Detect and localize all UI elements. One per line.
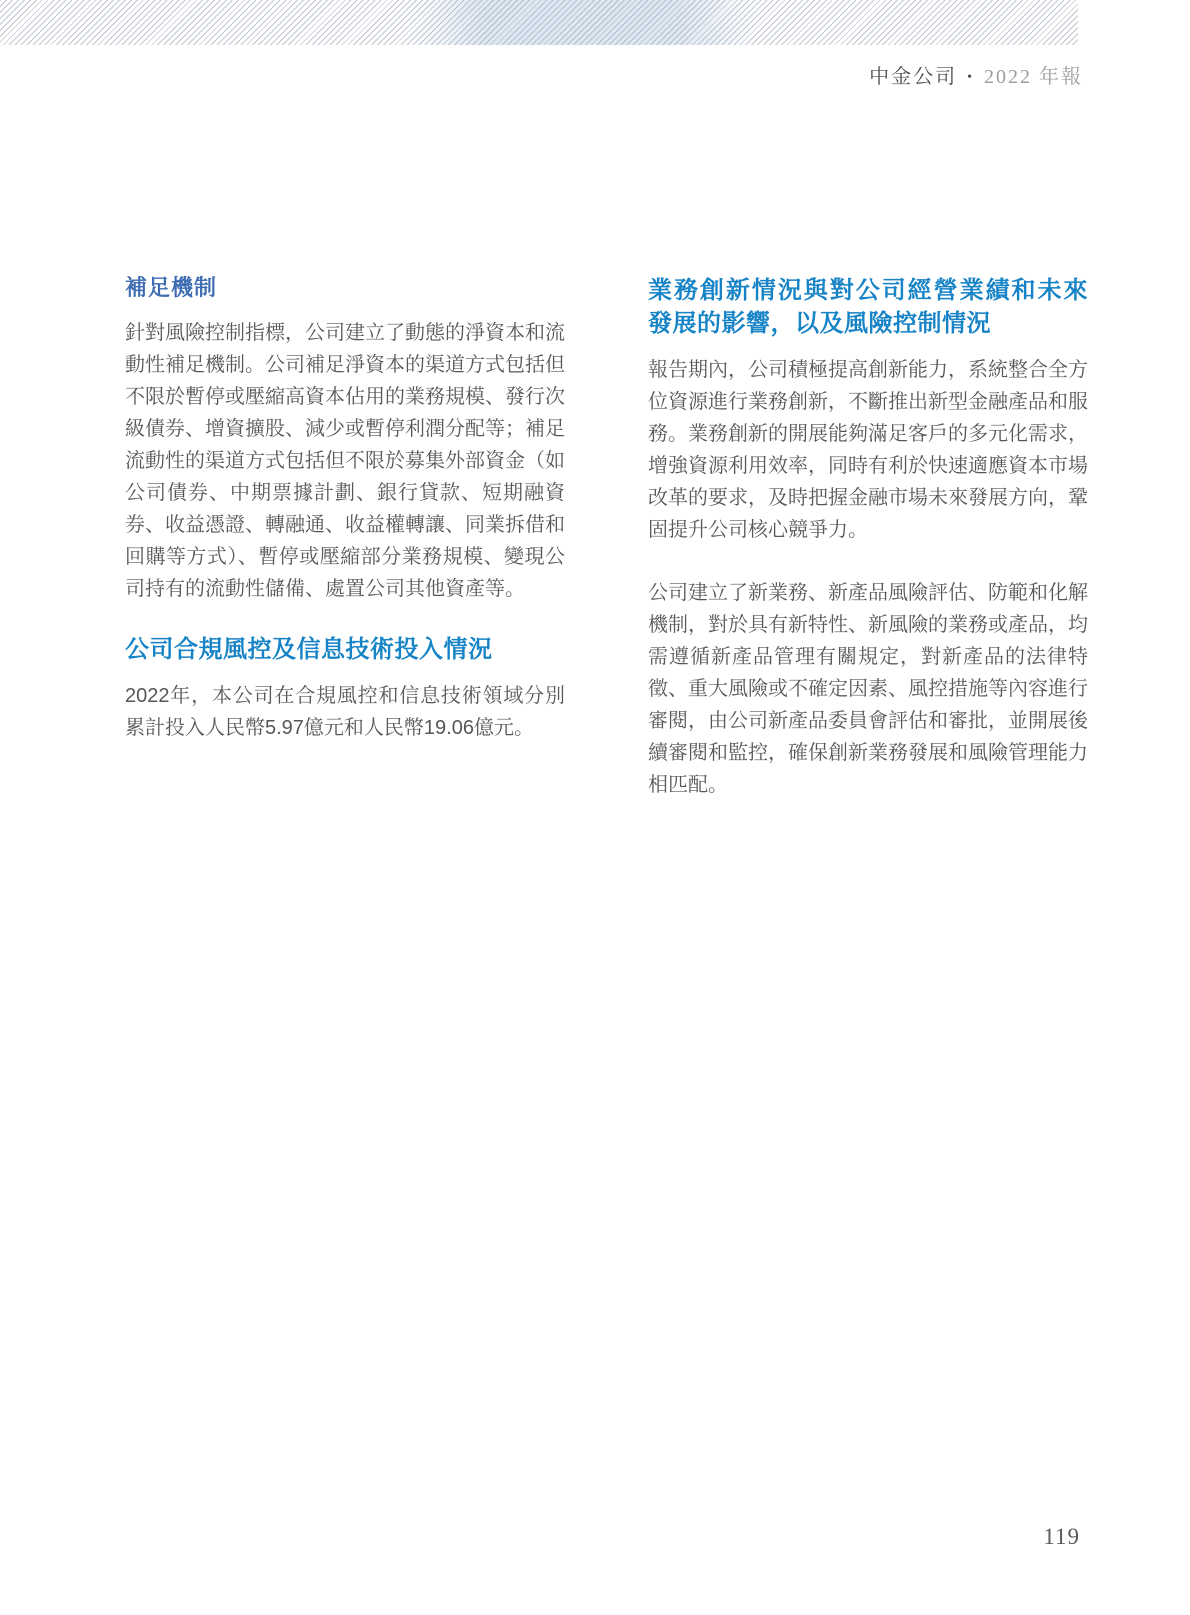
page-header: 中金公司•2022 年報 bbox=[869, 60, 1083, 89]
left-column: 補足機制 針對風險控制指標，公司建立了動態的淨資本和流動性補足機制。公司補足淨資… bbox=[125, 274, 565, 744]
report-year: 2022 年報 bbox=[984, 66, 1083, 88]
paragraph-compliance-it-investment: 2022年，本公司在合規風控和信息技術領域分別累計投入人民幣5.97億元和人民幣… bbox=[125, 680, 565, 744]
heading-compliance-it-investment: 公司合規風控及信息技術投入情況 bbox=[125, 633, 565, 666]
company-name: 中金公司 bbox=[869, 66, 957, 88]
page-number: 119 bbox=[1043, 1524, 1080, 1550]
paragraph-supplement-mechanism: 針對風險控制指標，公司建立了動態的淨資本和流動性補足機制。公司補足淨資本的渠道方… bbox=[125, 317, 565, 605]
bullet-separator: • bbox=[967, 70, 974, 86]
report-page: 中金公司•2022 年報 補足機制 針對風險控制指標，公司建立了動態的淨資本和流… bbox=[0, 0, 1190, 1615]
right-column: 業務創新情況與對公司經營業績和未來發展的影響，以及風險控制情況 報告期內，公司積… bbox=[648, 274, 1088, 801]
paragraph-new-product-risk-control: 公司建立了新業務、新產品風險評估、防範和化解機制，對於具有新特性、新風險的業務或… bbox=[648, 577, 1088, 801]
paragraph-innovation-overview: 報告期內，公司積極提高創新能力，系統整合全方位資源進行業務創新，不斷推出新型金融… bbox=[648, 354, 1088, 546]
subheading-supplement-mechanism: 補足機制 bbox=[125, 274, 565, 302]
hatch-banner-decoration bbox=[0, 0, 1078, 45]
heading-business-innovation: 業務創新情況與對公司經營業績和未來發展的影響，以及風險控制情況 bbox=[648, 274, 1088, 340]
